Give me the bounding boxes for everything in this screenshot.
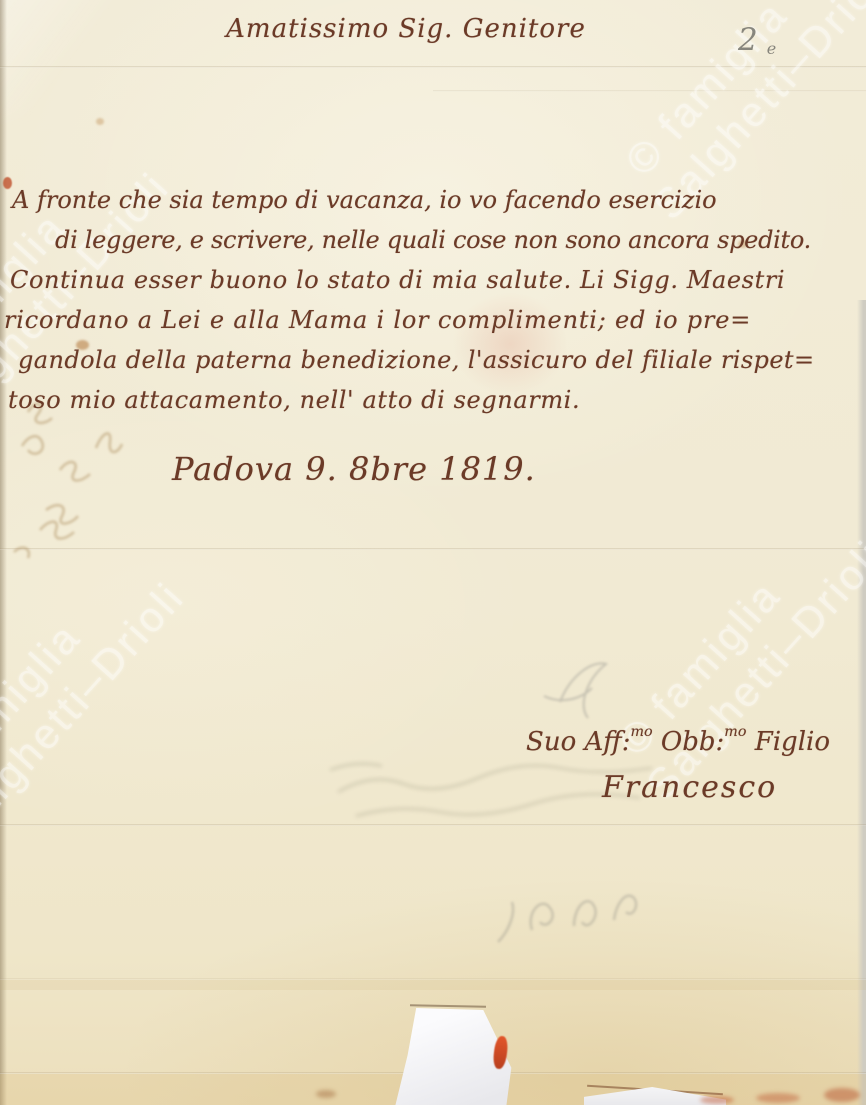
- body-line: di leggere, e scrivere, nelle quali cose…: [0, 220, 866, 260]
- crease-band: [0, 980, 866, 990]
- smudge: [700, 1096, 734, 1104]
- tab-shadow-edge: [410, 1004, 486, 1008]
- fold-line: [0, 978, 866, 980]
- page-number-annotation: 2e: [738, 22, 776, 58]
- fold-line: [0, 1072, 866, 1074]
- body-line: Continua esser buono lo stato di mia sal…: [0, 260, 866, 300]
- ink-stain: [96, 118, 104, 125]
- dateline: Padova 9. 8bre 1819.: [172, 450, 536, 488]
- watermark-symbol-line: © famiglia: [0, 539, 157, 807]
- page-number-suffix: e: [767, 39, 776, 58]
- bleedthrough-marks: [0, 0, 866, 1105]
- scanner-edge: [857, 300, 866, 1105]
- mount-tab-center: [393, 1007, 515, 1105]
- salutation: Amatissimo Sig. Genitore: [0, 14, 812, 44]
- fold-line: [0, 824, 866, 826]
- copyright-watermark: © famiglia Salghetti–Drioli: [0, 539, 194, 841]
- letter-body: A fronte che sia tempo di vacanza, io vo…: [0, 180, 866, 420]
- body-line: ricordano a Lei e alla Mama i lor compli…: [0, 300, 866, 340]
- fold-line: [0, 548, 866, 550]
- closing-text: Suo Aff:: [526, 727, 630, 757]
- tab-shadow-edge: [587, 1085, 723, 1096]
- fold-line: [0, 66, 866, 68]
- page-number: 2: [738, 22, 758, 58]
- closing-text: Figlio: [746, 727, 830, 757]
- red-seal-fragment: [492, 1035, 509, 1069]
- closing-superscript: mo: [724, 724, 746, 740]
- mount-tab-right: [584, 1087, 726, 1105]
- smudge: [756, 1093, 800, 1103]
- closing-superscript: mo: [630, 724, 652, 740]
- smudge: [316, 1090, 336, 1098]
- body-line: gandola della paterna benedizione, l'ass…: [0, 340, 866, 380]
- watermark-name-line: Salghetti–Drioli: [0, 572, 194, 851]
- body-line: toso mio attacamento, nell' atto di segn…: [0, 380, 866, 420]
- letter-page: © famiglia Salghetti–Drioli © famiglia S…: [0, 0, 866, 1105]
- left-edge-shadow: [0, 0, 7, 1105]
- smudge: [824, 1088, 860, 1102]
- body-line: A fronte che sia tempo di vacanza, io vo…: [0, 180, 866, 220]
- closing-line: Suo Aff:mo Obb:mo Figlio: [526, 724, 830, 757]
- fold-line: [433, 90, 866, 92]
- closing-text: Obb:: [653, 727, 725, 757]
- closing-signature: Francesco: [602, 770, 777, 805]
- crease-band: [0, 1074, 866, 1105]
- watermark-name-line: Salghetti–Drioli: [636, 530, 866, 809]
